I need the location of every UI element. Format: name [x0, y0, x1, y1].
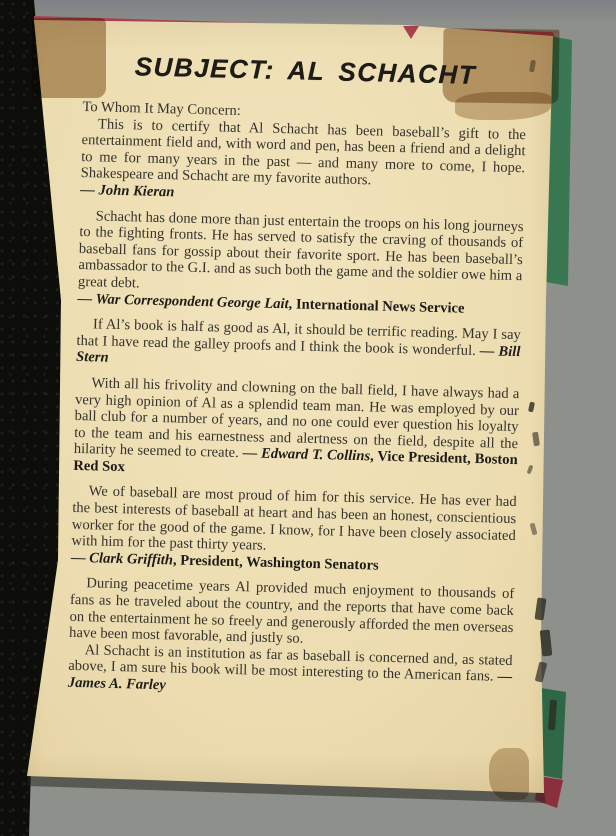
quote-text: We of baseball are most proud of him for…	[71, 484, 517, 554]
paragraph: We of baseball are most proud of him for…	[71, 483, 517, 561]
smudge	[535, 597, 547, 620]
attribution-name: — Edward T. Collins	[242, 445, 370, 464]
tape-patch-bottom-right	[489, 748, 529, 800]
quote-text: During peacetime years Al provided much …	[69, 576, 515, 647]
attribution-name: — John Kieran	[80, 182, 174, 200]
quote-text: This is to certify that Al Schacht has b…	[81, 116, 527, 189]
paragraph: With all his frivolity and clowning on t…	[73, 375, 519, 486]
paragraph: Schacht has done more than just entertai…	[78, 208, 524, 302]
attribution-name: , International News Service	[288, 296, 464, 316]
paragraph: This is to certify that Al Schacht has b…	[81, 116, 527, 194]
attribution-name: — Clark Griffith	[71, 550, 173, 569]
quote-text: If Al’s book is half as good as Al, it s…	[76, 316, 521, 358]
paragraph: During peacetime years Al provided much …	[69, 575, 515, 653]
jacket-tear-notch	[403, 26, 419, 39]
testimonials: To Whom It May Concern:This is to certif…	[68, 99, 527, 703]
quote-text: Schacht has done more than just entertai…	[78, 208, 524, 292]
paragraph: If Al’s book is half as good as Al, it s…	[76, 316, 521, 377]
text-column: SUBJECT: AL SCHACHT To Whom It May Conce…	[68, 46, 528, 703]
smudge	[540, 630, 553, 657]
book-title: SUBJECT: AL SCHACHT	[83, 50, 528, 92]
